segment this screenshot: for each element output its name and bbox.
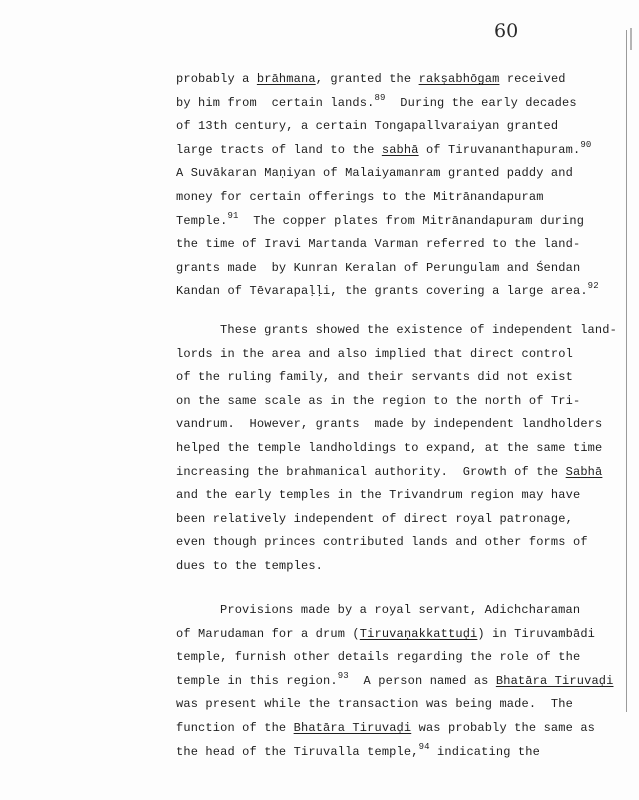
text-run: Kandan of Tēvarapaḷḷi, the grants coveri… bbox=[176, 284, 588, 298]
text-run: of the ruling family, and their servants… bbox=[176, 370, 573, 384]
text-line: temple in this region.93 A person named … bbox=[176, 674, 614, 688]
text-run: of 13th century, a certain Tongapallvara… bbox=[176, 119, 558, 133]
underlined-term: brāhmana bbox=[257, 72, 316, 86]
text-run: the time of Iravi Martanda Varman referr… bbox=[176, 237, 580, 251]
scan-edge-mark bbox=[630, 28, 632, 50]
text-run: ) in Tiruvambādi bbox=[477, 627, 595, 641]
text-line: Provisions made by a royal servant, Adic… bbox=[220, 603, 580, 617]
text-run: indicating the bbox=[430, 745, 540, 759]
text-run: grants made by Kunran Keralan of Perungu… bbox=[176, 261, 580, 275]
text-line: of 13th century, a certain Tongapallvara… bbox=[176, 119, 558, 133]
text-line: lords in the area and also implied that … bbox=[176, 347, 573, 361]
text-run: The copper plates from Mitrānandapuram d… bbox=[239, 214, 585, 228]
footnote-ref: 92 bbox=[588, 281, 599, 291]
underlined-term: Sabhā bbox=[566, 465, 603, 479]
text-line: Temple.91 The copper plates from Mitrāna… bbox=[176, 214, 584, 228]
footnote-ref: 90 bbox=[580, 140, 591, 150]
text-run: temple, furnish other details regarding … bbox=[176, 650, 580, 664]
text-run: the head of the Tiruvalla temple, bbox=[176, 745, 419, 759]
text-run: was probably the same as bbox=[411, 721, 595, 735]
underlined-term: sabhā bbox=[382, 143, 419, 157]
text-line: money for certain offerings to the Mitrā… bbox=[176, 190, 544, 204]
text-line: temple, furnish other details regarding … bbox=[176, 650, 580, 664]
underlined-term: Bhatāra Tiruvaḍi bbox=[496, 674, 614, 688]
text-run: on the same scale as in the region to th… bbox=[176, 394, 580, 408]
text-line: grants made by Kunran Keralan of Perungu… bbox=[176, 261, 580, 275]
text-line: the time of Iravi Martanda Varman referr… bbox=[176, 237, 580, 251]
document-page: 60 probably a brāhmana, granted the rakṣ… bbox=[0, 0, 639, 800]
text-run: dues to the temples. bbox=[176, 559, 323, 573]
text-line: function of the Bhatāra Tiruvaḍi was pro… bbox=[176, 721, 595, 735]
text-run: of Marudaman for a drum ( bbox=[176, 627, 360, 641]
text-line: dues to the temples. bbox=[176, 559, 323, 573]
text-run: probably a bbox=[176, 72, 257, 86]
text-run: even though princes contributed lands an… bbox=[176, 535, 588, 549]
text-line: helped the temple landholdings to expand… bbox=[176, 441, 602, 455]
text-run: been relatively independent of direct ro… bbox=[176, 512, 573, 526]
scan-margin-line bbox=[626, 30, 627, 712]
text-run: A person named as bbox=[349, 674, 496, 688]
text-line: Kandan of Tēvarapaḷḷi, the grants coveri… bbox=[176, 284, 599, 298]
underlined-term: rakṣabhōgam bbox=[419, 72, 500, 86]
text-line: large tracts of land to the sabhā of Tir… bbox=[176, 143, 591, 157]
text-run: lords in the area and also implied that … bbox=[176, 347, 573, 361]
text-line: A Suvākaran Maṇiyan of Malaiyamanram gra… bbox=[176, 166, 573, 180]
text-line: and the early temples in the Trivandrum … bbox=[176, 488, 580, 502]
text-line: increasing the brahmanical authority. Gr… bbox=[176, 465, 602, 479]
text-line: of the ruling family, and their servants… bbox=[176, 370, 573, 384]
text-run: function of the bbox=[176, 721, 294, 735]
underlined-term: Bhatāra Tiruvaḍi bbox=[294, 721, 412, 735]
text-run: increasing the brahmanical authority. Gr… bbox=[176, 465, 566, 479]
text-run: was present while the transaction was be… bbox=[176, 697, 573, 711]
text-run: , granted the bbox=[316, 72, 419, 86]
text-run: These grants showed the existence of ind… bbox=[220, 323, 617, 337]
text-line: been relatively independent of direct ro… bbox=[176, 512, 573, 526]
text-line: even though princes contributed lands an… bbox=[176, 535, 588, 549]
footnote-ref: 93 bbox=[338, 671, 349, 681]
text-run: Temple. bbox=[176, 214, 227, 228]
text-run: by him from certain lands. bbox=[176, 96, 374, 110]
footnote-ref: 94 bbox=[419, 742, 430, 752]
text-run: During the early decades bbox=[386, 96, 577, 110]
text-line: was present while the transaction was be… bbox=[176, 697, 573, 711]
text-run: of Tiruvananthapuram. bbox=[419, 143, 581, 157]
text-line: the head of the Tiruvalla temple,94 indi… bbox=[176, 745, 540, 759]
text-run: temple in this region. bbox=[176, 674, 338, 688]
text-line: on the same scale as in the region to th… bbox=[176, 394, 580, 408]
text-run: Provisions made by a royal servant, Adic… bbox=[220, 603, 580, 617]
text-run: received bbox=[499, 72, 565, 86]
text-line: vandrum. However, grants made by indepen… bbox=[176, 417, 602, 431]
footnote-ref: 91 bbox=[227, 211, 238, 221]
text-line: of Marudaman for a drum (Tiruvaṇakkattuḍ… bbox=[176, 627, 595, 641]
text-run: and the early temples in the Trivandrum … bbox=[176, 488, 580, 502]
text-line: by him from certain lands.89 During the … bbox=[176, 96, 577, 110]
text-run: helped the temple landholdings to expand… bbox=[176, 441, 602, 455]
text-line: probably a brāhmana, granted the rakṣabh… bbox=[176, 72, 566, 86]
text-run: A Suvākaran Maṇiyan of Malaiyamanram gra… bbox=[176, 166, 573, 180]
page-number: 60 bbox=[494, 20, 518, 42]
underlined-term: Tiruvaṇakkattuḍi bbox=[360, 627, 478, 641]
text-line: These grants showed the existence of ind… bbox=[220, 323, 617, 337]
footnote-ref: 89 bbox=[374, 93, 385, 103]
text-run: vandrum. However, grants made by indepen… bbox=[176, 417, 602, 431]
text-run: large tracts of land to the bbox=[176, 143, 382, 157]
text-run: money for certain offerings to the Mitrā… bbox=[176, 190, 544, 204]
